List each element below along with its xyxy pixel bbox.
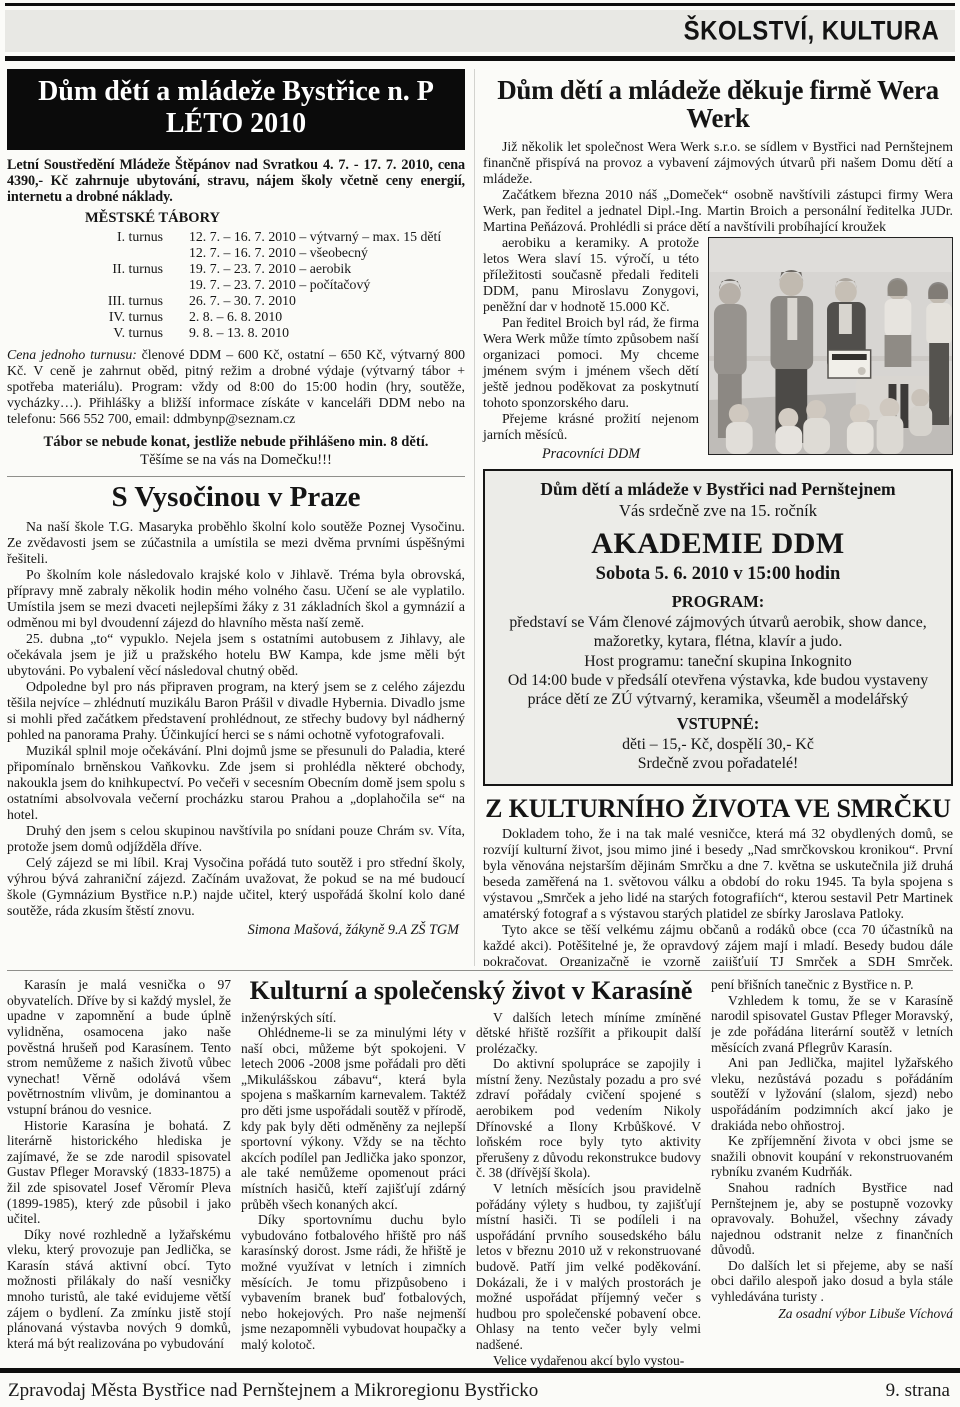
paragraph: Dokladem toho, že i na tak malé vesničce… xyxy=(483,826,953,922)
karasin-middle-columns: inženýrských sítí. Ohlédneme-li se za mi… xyxy=(241,1010,701,1369)
camp-turnus: IV. turnus xyxy=(7,309,163,325)
camp-turnus xyxy=(7,245,163,261)
page-number: 9. strana xyxy=(886,1380,950,1402)
paragraph: pení břišních tanečnic z Bystřice n. P. xyxy=(711,977,953,993)
paragraph: Historie Karasína je bohatá. Z literárně… xyxy=(7,1118,231,1227)
main-content: Dům dětí a mládeže Bystřice n. P LÉTO 20… xyxy=(0,61,960,966)
closing-line: Srdečně zvou pořadatelé! xyxy=(497,754,939,773)
karasin-col-3: V dalších letech míníme zmíněné dětské h… xyxy=(476,1010,701,1369)
paragraph: Karasín je malá vesnička o 97 obyvatelíc… xyxy=(7,977,231,1117)
karasin-col-2: inženýrských sítí. Ohlédneme-li se za mi… xyxy=(241,1010,466,1369)
article-title: Kulturní a společenský život v Karasíně xyxy=(241,977,701,1004)
paragraph: Již několik let společnost Wera Werk s.r… xyxy=(483,139,953,187)
table-row: 19. 7. – 23. 7. 2010 – počítačový xyxy=(7,277,465,293)
table-row: IV. turnus2. 8. – 6. 8. 2010 xyxy=(7,309,465,325)
ddm-leto-title-box: Dům dětí a mládeže Bystřice n. P LÉTO 20… xyxy=(7,69,465,150)
program-line: Host programu: taneční skupina Inkognito xyxy=(497,652,939,671)
article-vysocina: S Vysočinou v Praze Na naší škole T.G. M… xyxy=(7,482,465,939)
program-label: PROGRAM: xyxy=(497,592,939,613)
camps-table: I. turnus12. 7. – 16. 7. 2010 – výtvarný… xyxy=(7,229,465,341)
table-row: 12. 7. – 16. 7. 2010 – všeobecný xyxy=(7,245,465,261)
camp-dates: 2. 8. – 6. 8. 2010 xyxy=(189,309,282,325)
paragraph: V letních měsících jsou pravidelně pořád… xyxy=(476,1181,701,1353)
table-row: III. turnus26. 7. – 30. 7. 2010 xyxy=(7,293,465,309)
footer-row: Zpravodaj Města Bystřice nad Pernštejnem… xyxy=(0,1373,960,1407)
paragraph: Do aktivní spolupráce se zapojily i míst… xyxy=(476,1056,701,1181)
event-title: AKADEMIE DDM xyxy=(497,527,939,561)
newsletter-name: Zpravodaj Města Bystřice nad Pernštejnem… xyxy=(8,1380,538,1402)
paragraph: Velice vydařenou akcí bylo vystou- xyxy=(476,1353,701,1368)
newspaper-page: ŠKOLSTVÍ, KULTURA Dům dětí a mládeže Bys… xyxy=(0,0,960,1407)
camp-dates: 19. 7. – 23. 7. 2010 – aerobik xyxy=(189,261,351,277)
article-title: S Vysočinou v Praze xyxy=(7,482,465,512)
intro-paragraph: Letní Soustředění Mládeže Štěpánov nad S… xyxy=(7,157,465,205)
program-line: Od 14:00 bude v předsálí otevřena výstav… xyxy=(497,671,939,710)
right-column: Dům dětí a mládeže děkuje firmě Wera Wer… xyxy=(474,69,953,966)
article-smrcek: Z KULTURNÍHO ŽIVOTA VE SMRČKU Dokladem t… xyxy=(483,795,953,967)
camp-turnus: V. turnus xyxy=(7,325,163,341)
paragraph: Celý zájezd se mi líbil. Kraj Vysočina p… xyxy=(7,855,465,919)
karasin-col-1: Karasín je malá vesnička o 97 obyvatelíc… xyxy=(7,977,231,1368)
camp-dates: 12. 7. – 16. 7. 2010 – výtvarný – max. 1… xyxy=(189,229,441,245)
entry-label: VSTUPNÉ: xyxy=(497,714,939,735)
karasin-col-4: pení břišních tanečnic z Bystřice n. P. … xyxy=(711,977,953,1368)
paragraph: V dalších letech míníme zmíněné dětské h… xyxy=(476,1010,701,1057)
paragraph: Druhý den jsem s celou skupinou navštívi… xyxy=(7,823,465,855)
camp-turnus xyxy=(7,277,163,293)
article-wera: Dům dětí a mládeže děkuje firmě Wera Wer… xyxy=(483,76,953,463)
page-footer: Zpravodaj Města Bystřice nad Pernštejnem… xyxy=(0,1368,960,1407)
table-row: V. turnus9. 8. – 13. 8. 2010 xyxy=(7,325,465,341)
left-column: Dům dětí a mládeže Bystřice n. P LÉTO 20… xyxy=(7,69,465,966)
invitation-organizer: Dům dětí a mládeže v Bystřici nad Pernšt… xyxy=(497,479,939,500)
camp-dates: 26. 7. – 30. 7. 2010 xyxy=(189,293,296,309)
paragraph: Na naší škole T.G. Masaryka proběhlo ško… xyxy=(7,519,465,567)
paragraph: Díky nové rozhledně a lyžařskému vleku, … xyxy=(7,1227,231,1352)
section-header: ŠKOLSTVÍ, KULTURA xyxy=(683,16,939,47)
section-header-band: ŠKOLSTVÍ, KULTURA xyxy=(5,10,955,52)
karasin-middle: Kulturní a společenský život v Karasíně … xyxy=(241,977,701,1368)
camps-heading: MĚSTSKÉ TÁBORY xyxy=(85,210,465,227)
signature: Simona Mašová, žákyně 9.A ZŠ TGM xyxy=(7,922,459,939)
camp-turnus: II. turnus xyxy=(7,261,163,277)
camp-turnus: I. turnus xyxy=(7,229,163,245)
article-ddm-leto: Dům dětí a mládeže Bystřice n. P LÉTO 20… xyxy=(7,69,465,469)
paragraph: Muzikál splnil moje očekávání. Plni dojm… xyxy=(7,743,465,823)
cancellation-note: Tábor se nebude konat, jestliže nebude p… xyxy=(7,434,465,451)
paragraph: Do dalších let si přejeme, aby se naší o… xyxy=(711,1258,953,1305)
price-label: Cena jednoho turnusu: xyxy=(7,347,137,362)
event-date: Sobota 5. 6. 2010 v 15:00 hodin xyxy=(497,564,939,585)
invitation-line: Vás srdečně zve na 15. ročník xyxy=(497,501,939,521)
camp-turnus: III. turnus xyxy=(7,293,163,309)
paragraph: inženýrských sítí. xyxy=(241,1010,466,1026)
table-row: I. turnus12. 7. – 16. 7. 2010 – výtvarný… xyxy=(7,229,465,245)
paragraph: 25. dubna „to“ vypuklo. Nejela jsem s os… xyxy=(7,631,465,679)
paragraph: Díky sportovnímu duchu bylo vybudováno f… xyxy=(241,1212,466,1352)
program-line: představí se Vám členové zájmových útvar… xyxy=(497,613,939,652)
article-title: Dům dětí a mládeže děkuje firmě Wera Wer… xyxy=(483,76,953,133)
paragraph: Snahou radních Bystřice nad Pernštejnem … xyxy=(711,1180,953,1258)
paragraph: Odpoledne byl pro nás připraven program,… xyxy=(7,679,465,743)
closing-note: Těšíme se na vás na Domečku!!! xyxy=(7,452,465,469)
paragraph: Tyto akce se těší velkému zájmu občanů a… xyxy=(483,922,953,966)
entry-price: děti – 15,- Kč, dospělí 30,- Kč xyxy=(497,735,939,754)
article-divider xyxy=(7,476,465,477)
akademie-invitation-box: Dům dětí a mládeže v Bystřici nad Pernšt… xyxy=(483,469,953,786)
paragraph: Po školním kole následovalo krajské kolo… xyxy=(7,567,465,631)
camp-dates: 19. 7. – 23. 7. 2010 – počítačový xyxy=(189,277,370,293)
article-title-line2: LÉTO 2010 xyxy=(11,108,461,140)
signature: Pracovníci DDM xyxy=(483,446,713,463)
paragraph: Začátkem března 2010 náš „Domeček“ osobn… xyxy=(483,187,953,235)
article-karasin: Karasín je malá vesnička o 97 obyvatelíc… xyxy=(0,971,960,1368)
top-rule xyxy=(5,3,955,6)
group-photo xyxy=(708,237,953,455)
table-row: II. turnus19. 7. – 23. 7. 2010 – aerobik xyxy=(7,261,465,277)
paragraph: Vzhledem k tomu, že se v Karasíně narodi… xyxy=(711,993,953,1055)
paragraph: Ani pan Jedlička, majitel lyžařského vle… xyxy=(711,1055,953,1133)
paragraph: Ke zpříjemnění života v obci jsme se sna… xyxy=(711,1133,953,1180)
camp-dates: 12. 7. – 16. 7. 2010 – všeobecný xyxy=(189,245,368,261)
paragraph: Ohlédneme-li se za minulými léty v naší … xyxy=(241,1025,466,1212)
signature: Za osadní výbor Libuše Víchová xyxy=(711,1306,953,1322)
article-title-line1: Dům dětí a mládeže Bystřice n. P xyxy=(11,76,461,108)
group-photo-illustration xyxy=(709,238,952,454)
price-paragraph: Cena jednoho turnusu: členové DDM – 600 … xyxy=(7,347,465,427)
article-title: Z KULTURNÍHO ŽIVOTA VE SMRČKU xyxy=(483,795,953,822)
camp-dates: 9. 8. – 13. 8. 2010 xyxy=(189,325,289,341)
